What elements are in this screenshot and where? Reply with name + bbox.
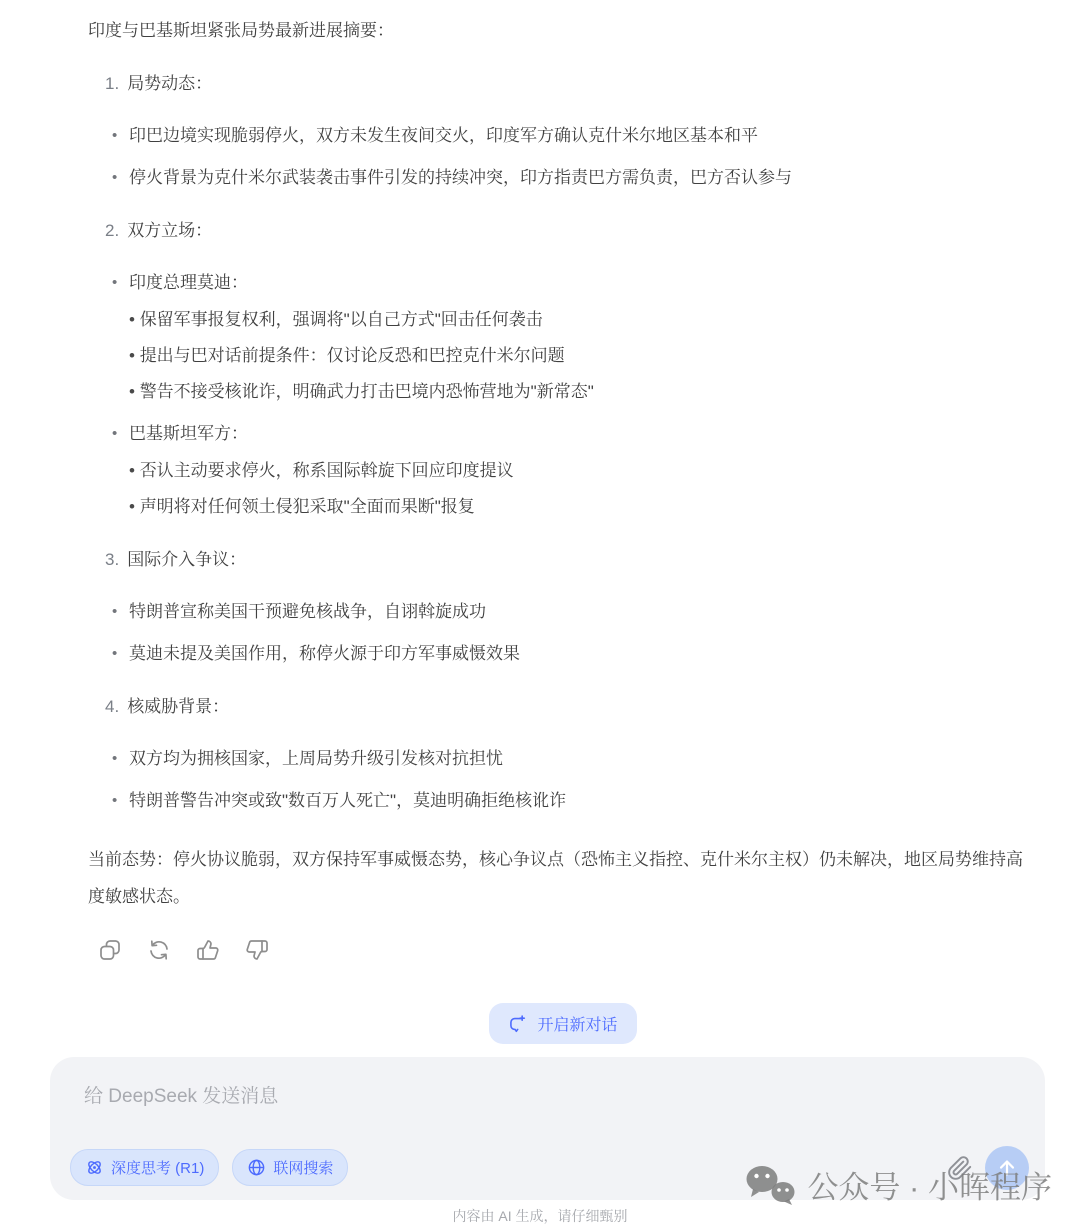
- section-title: 局势动态：: [127, 71, 212, 96]
- group-label: 印度总理莫迪：: [129, 273, 248, 292]
- copy-icon: [98, 938, 122, 962]
- section-title: 双方立场：: [127, 218, 212, 243]
- list-item: 印度总理莫迪： 保留军事报复权利，强调将"以自己方式"回击任何袭击 提出与巴对话…: [110, 270, 1038, 404]
- section-number: 1.: [105, 71, 119, 96]
- paperclip-icon: [947, 1155, 973, 1181]
- bullet-list-2: 印度总理莫迪： 保留军事报复权利，强调将"以自己方式"回击任何袭击 提出与巴对话…: [88, 270, 1038, 519]
- thumbs-up-button[interactable]: [196, 937, 222, 963]
- web-search-label: 联网搜索: [273, 1157, 333, 1178]
- sub-item: 保留军事报复权利，强调将"以自己方式"回击任何袭击: [129, 307, 1038, 332]
- attach-file-button[interactable]: [947, 1155, 973, 1181]
- message-intro: 印度与巴基斯坦紧张局势最新进展摘要：: [88, 18, 1038, 43]
- thumbs-up-icon: [196, 938, 220, 962]
- globe-icon: [247, 1158, 266, 1177]
- section-heading-4: 4. 核威胁背景：: [105, 694, 1038, 719]
- section-heading-2: 2. 双方立场：: [105, 218, 1038, 243]
- bullet-list-3: 特朗普宣称美国干预避免核战争，自诩斡旋成功 莫迪未提及美国作用，称停火源于印方军…: [88, 599, 1038, 666]
- message-input[interactable]: [82, 1079, 1013, 1133]
- section-title: 国际介入争议：: [127, 547, 246, 572]
- regenerate-icon: [147, 938, 171, 962]
- section-heading-3: 3. 国际介入争议：: [105, 547, 1038, 572]
- new-chat-row: 开启新对话: [88, 1003, 1038, 1044]
- composer-toggles: 深度思考 (R1) 联网搜索: [70, 1149, 348, 1186]
- send-button[interactable]: [985, 1146, 1029, 1190]
- section-heading-1: 1. 局势动态：: [105, 71, 1038, 96]
- copy-button[interactable]: [98, 937, 124, 963]
- list-item: 巴基斯坦军方： 否认主动要求停火，称系国际斡旋下回应印度提议 声明将对任何领土侵…: [110, 421, 1038, 519]
- message-actions: [98, 937, 1038, 963]
- section-number: 3.: [105, 547, 119, 572]
- bullet-list-4: 双方均为拥核国家，上周局势升级引发核对抗担忧 特朗普警告冲突或致"数百万人死亡"…: [88, 746, 1038, 813]
- message-conclusion: 当前态势：停火协议脆弱，双方保持军事威慑态势，核心争议点（恐怖主义指控、克什米尔…: [88, 841, 1038, 915]
- list-item: 特朗普警告冲突或致"数百万人死亡"，莫迪明确拒绝核讹诈: [110, 788, 1038, 813]
- list-item: 莫迪未提及美国作用，称停火源于印方军事威慑效果: [110, 641, 1038, 666]
- sub-list: 否认主动要求停火，称系国际斡旋下回应印度提议 声明将对任何领土侵犯采取"全面而果…: [129, 458, 1038, 519]
- sub-item: 提出与巴对话前提条件：仅讨论反恐和巴控克什米尔问题: [129, 343, 1038, 368]
- group-label: 巴基斯坦军方：: [129, 424, 248, 443]
- assistant-message: 印度与巴基斯坦紧张局势最新进展摘要： 1. 局势动态： 印巴边境实现脆弱停火，双…: [0, 0, 1080, 1044]
- list-item: 印巴边境实现脆弱停火，双方未发生夜间交火，印度军方确认克什米尔地区基本和平: [110, 123, 1038, 148]
- new-chat-icon: [508, 1014, 528, 1034]
- atom-icon: [85, 1158, 104, 1177]
- new-chat-button[interactable]: 开启新对话: [489, 1003, 636, 1044]
- sub-item: 警告不接受核讹诈，明确武力打击巴境内恐怖营地为"新常态": [129, 379, 1038, 404]
- composer-actions: [947, 1146, 1029, 1190]
- thumbs-down-icon: [245, 938, 269, 962]
- list-item: 特朗普宣称美国干预避免核战争，自诩斡旋成功: [110, 599, 1038, 624]
- section-number: 2.: [105, 218, 119, 243]
- section-title: 核威胁背景：: [127, 694, 229, 719]
- deep-think-toggle[interactable]: 深度思考 (R1): [70, 1149, 219, 1186]
- sub-list: 保留军事报复权利，强调将"以自己方式"回击任何袭击 提出与巴对话前提条件：仅讨论…: [129, 307, 1038, 404]
- section-number: 4.: [105, 694, 119, 719]
- new-chat-label: 开启新对话: [537, 1012, 617, 1035]
- composer: 深度思考 (R1) 联网搜索: [50, 1057, 1045, 1200]
- deep-think-label: 深度思考 (R1): [111, 1157, 204, 1178]
- list-item: 双方均为拥核国家，上周局势升级引发核对抗担忧: [110, 746, 1038, 771]
- bullet-list-1: 印巴边境实现脆弱停火，双方未发生夜间交火，印度军方确认克什米尔地区基本和平 停火…: [88, 123, 1038, 190]
- regenerate-button[interactable]: [147, 937, 173, 963]
- thumbs-down-button[interactable]: [245, 937, 271, 963]
- send-arrow-icon: [996, 1157, 1018, 1179]
- list-item: 停火背景为克什米尔武装袭击事件引发的持续冲突，印方指责巴方需负责，巴方否认参与: [110, 165, 1038, 190]
- sub-item: 声明将对任何领土侵犯采取"全面而果断"报复: [129, 494, 1038, 519]
- ai-disclaimer: 内容由 AI 生成，请仔细甄别: [0, 1206, 1080, 1226]
- sub-item: 否认主动要求停火，称系国际斡旋下回应印度提议: [129, 458, 1038, 483]
- web-search-toggle[interactable]: 联网搜索: [232, 1149, 348, 1186]
